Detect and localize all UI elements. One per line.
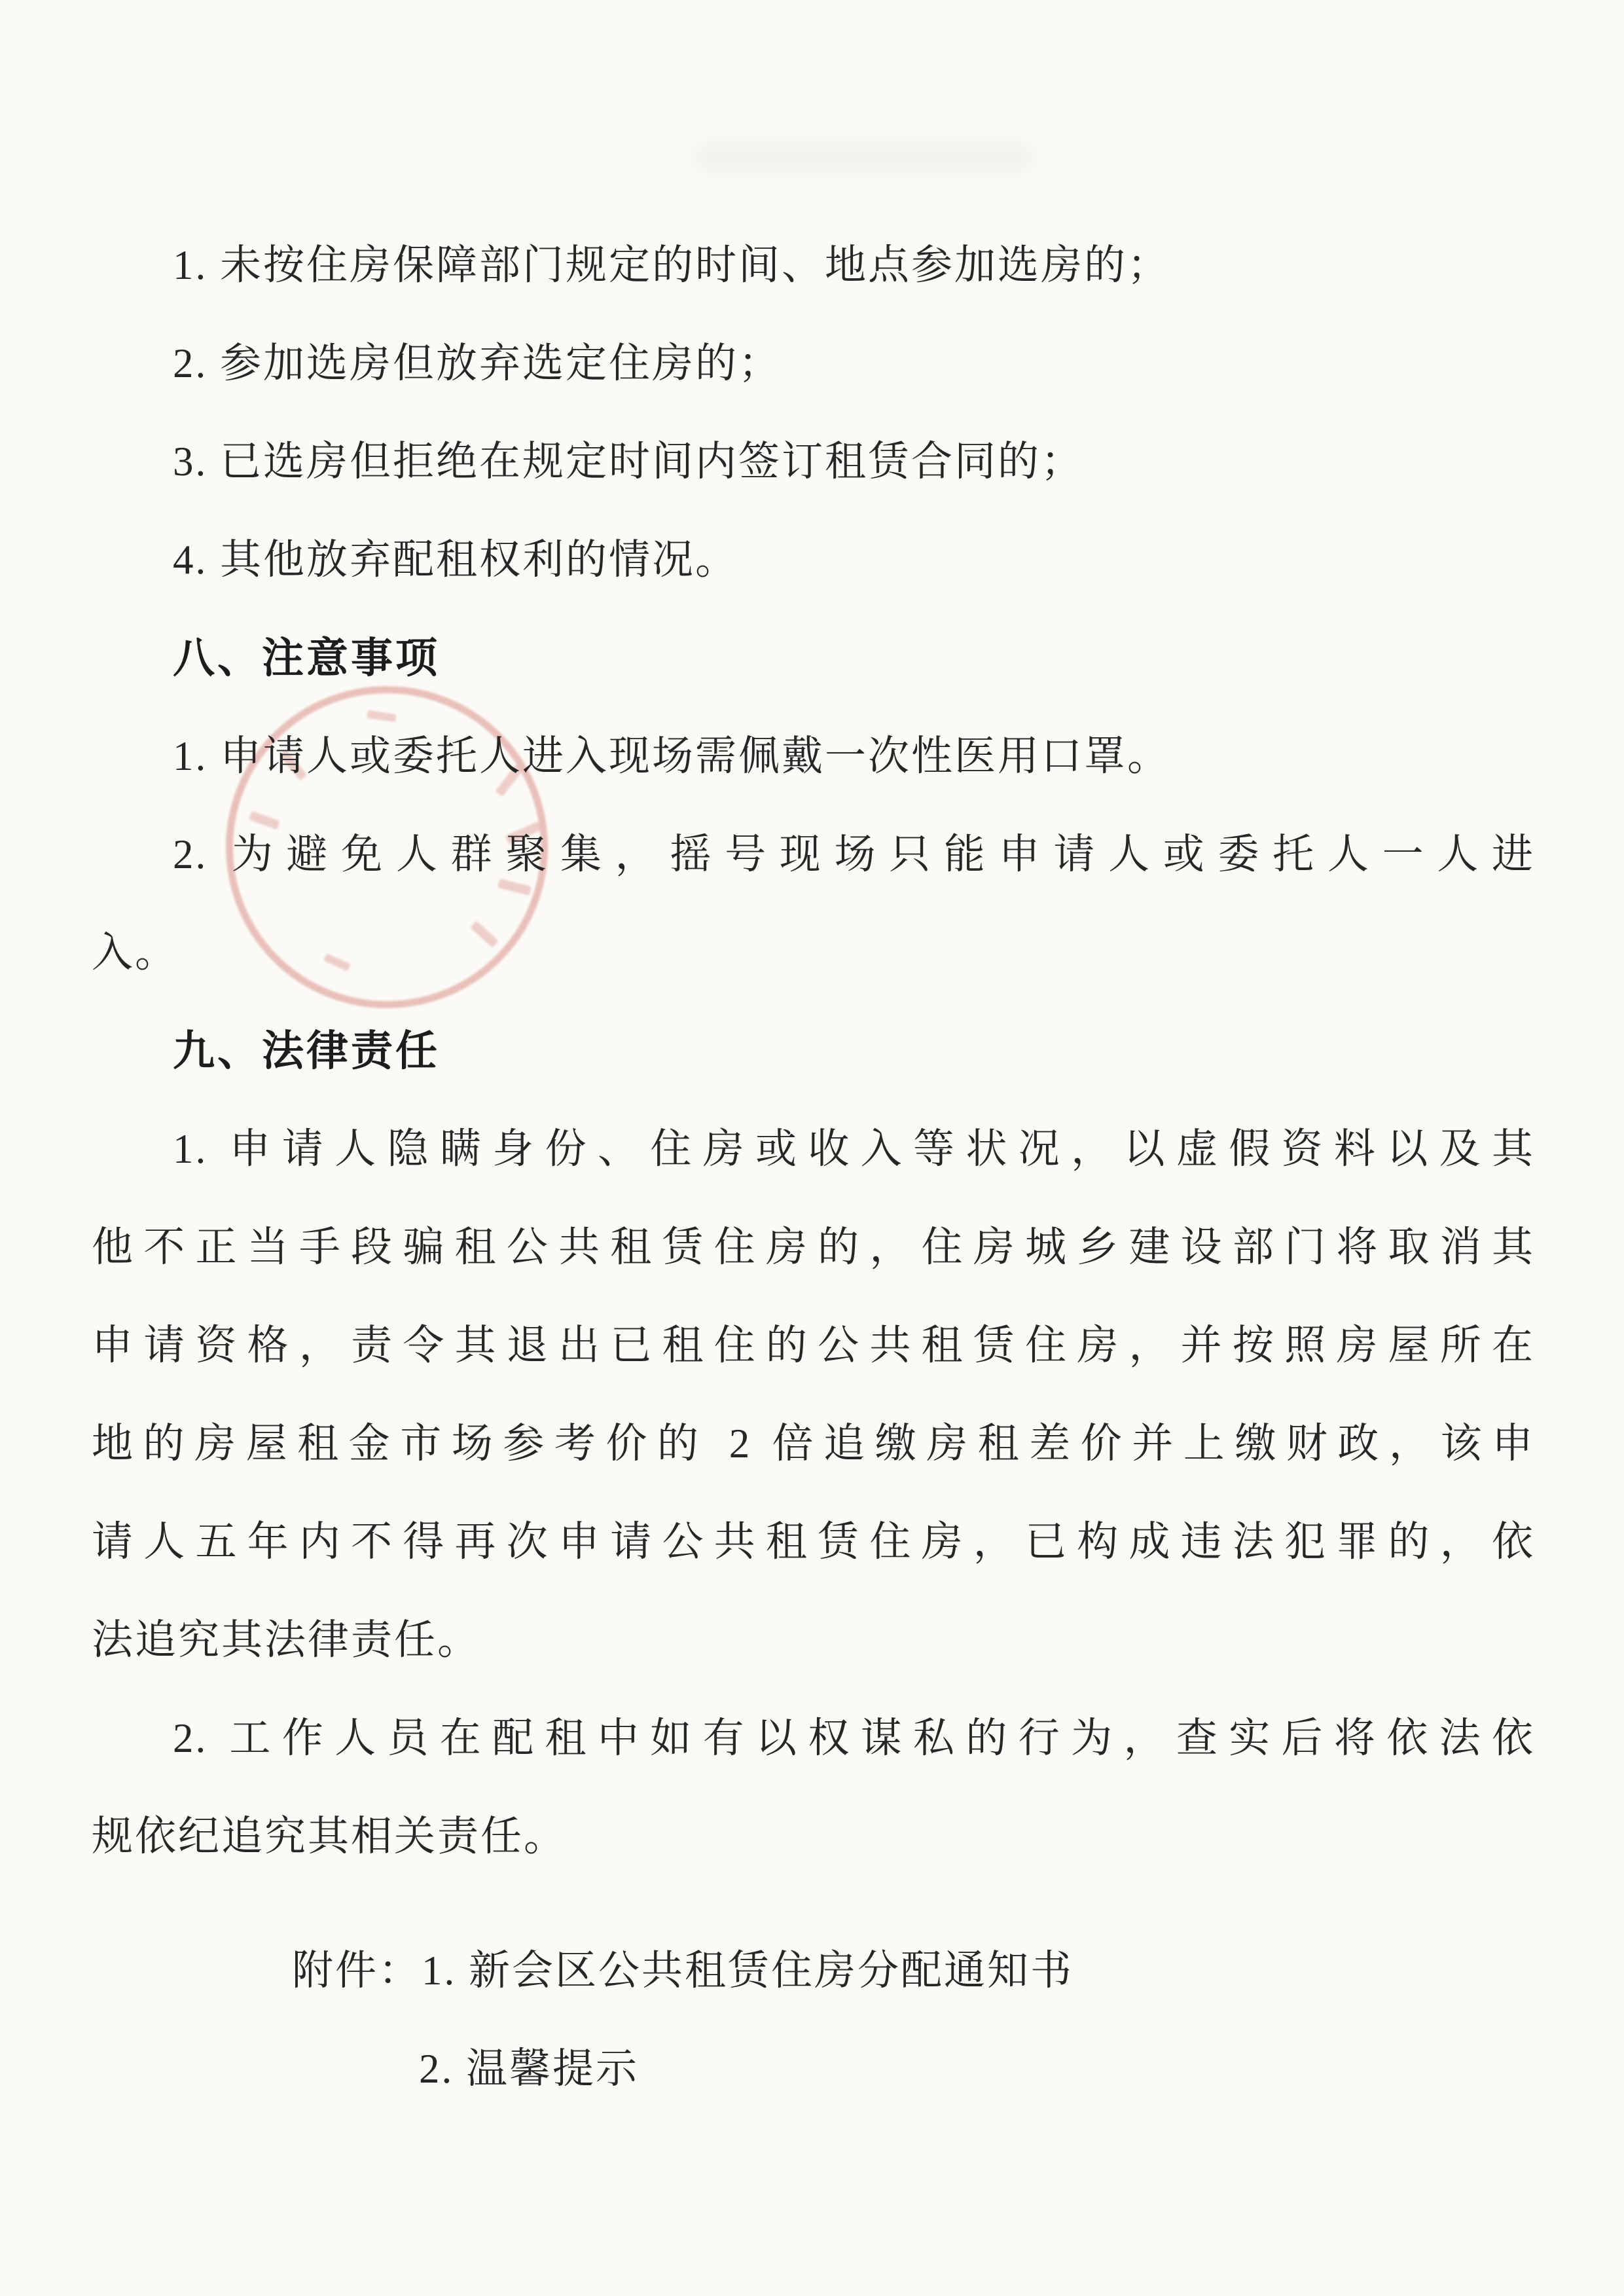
text-line: 他不正当手段骗租公共租赁住房的，住房城乡建设部门将取消其 [92, 1198, 1535, 1296]
text-line: 4. 其他放弃配租权利的情况。 [92, 511, 1535, 609]
document-lines: 1. 未按住房保障部门规定的时间、地点参加选房的；2. 参加选房但放弃选定住房的… [92, 216, 1535, 2118]
text-line: 申请资格，责令其退出已租住的公共租赁住房，并按照房屋所在 [92, 1296, 1535, 1394]
text-line: 规依纪追究其相关责任。 [92, 1787, 1535, 1886]
text-line: 2. 参加选房但放弃选定住房的； [92, 314, 1535, 412]
text-line: 1. 申请人或委托人进入现场需佩戴一次性医用口罩。 [92, 707, 1535, 805]
text-line: 地的房屋租金市场参考价的 2 倍追缴房租差价并上缴财政，该申 [92, 1394, 1535, 1493]
text-line: 附件：1. 新会区公共租赁住房分配通知书 [92, 1922, 1535, 2020]
text-line: 2. 为避免人群聚集，摇号现场只能申请人或委托人一人进 [92, 805, 1535, 903]
text-line: 请人五年内不得再次申请公共租赁住房，已构成违法犯罪的，依 [92, 1493, 1535, 1591]
text-line: 1. 申请人隐瞒身份、住房或收入等状况，以虚假资料以及其 [92, 1100, 1535, 1198]
document-page: 1. 未按住房保障部门规定的时间、地点参加选房的；2. 参加选房但放弃选定住房的… [0, 0, 1624, 2296]
scan-smudge [694, 141, 1034, 173]
text-line: 1. 未按住房保障部门规定的时间、地点参加选房的； [92, 216, 1535, 314]
text-line: 法追究其法律责任。 [92, 1591, 1535, 1689]
text-line: 入。 [92, 903, 1535, 1002]
text-line: 3. 已选房但拒绝在规定时间内签订租赁合同的； [92, 412, 1535, 511]
section-heading: 八、注意事项 [92, 609, 1535, 707]
section-heading: 九、法律责任 [92, 1002, 1535, 1100]
text-line: 2. 工作人员在配租中如有以权谋私的行为，查实后将依法依 [92, 1689, 1535, 1787]
text-line: 2. 温馨提示 [92, 2020, 1535, 2118]
